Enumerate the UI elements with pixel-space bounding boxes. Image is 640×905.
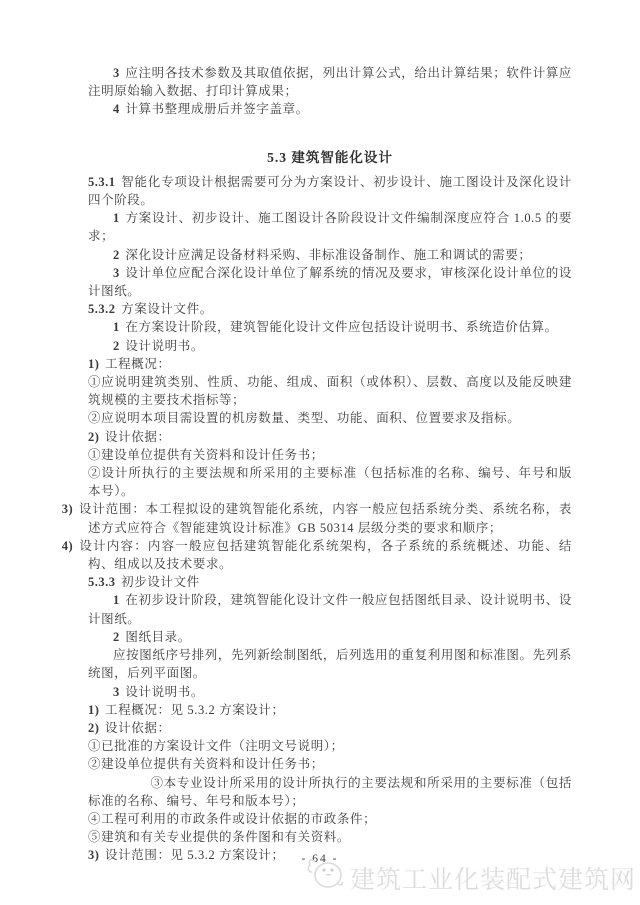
watermark-text: 建筑工业化装配式建筑网 [350,860,636,896]
paragraph: ①建设单位提供有关资料和设计任务书； [88,446,572,464]
paragraph: 1)工程概况： [88,355,572,373]
item-number: 2) [88,430,99,444]
paragraph: 1方案设计、初步设计、施工图设计各阶段设计文件编制深度应符合 1.0.5 的要求… [88,209,572,245]
document-page: 3应注明各技术参数及其取值依据，列出计算公式，给出计算结果；软件计算应注明原始输… [0,0,640,905]
mascot-face-icon [306,856,348,899]
paragraph: 3设计单位应配合深化设计单位了解系统的情况及要求，审核深化设计单位的设计图纸。 [88,264,572,300]
item-number: 2 [113,248,120,262]
paragraph: 5.3.2方案设计文件。 [88,300,572,318]
paragraph: ④工程可利用的市政条件或设计依据的市政条件； [88,810,572,828]
paragraph: 2图纸目录。 [88,628,572,646]
document-content: 3应注明各技术参数及其取值依据，列出计算公式，给出计算结果；软件计算应注明原始输… [88,64,572,865]
item-number: 1 [113,320,120,334]
item-number: 4 [113,102,120,116]
paragraph: 2设计说明书。 [88,337,572,355]
paragraph: 3设计说明书。 [88,683,572,701]
watermark: 建筑工业化装配式建筑网 [306,856,636,899]
item-number: 5.3.1 [88,175,116,189]
item-number: 1) [88,357,99,371]
paragraph: ②设计所执行的主要法规和所采用的主要标准（包括标准的名称、编号、年号和版本号）。 [88,464,572,500]
paragraph: 4)设计内容：内容一般应包括建筑智能化系统架构，各子系统的系统概述、功能、结构、… [88,537,572,573]
paragraph: ③本专业设计所采用的设计所执行的主要法规和所采用的主要标准（包括标准的名称、编号… [88,774,572,810]
item-number: 3 [113,66,120,80]
item-number: 2 [113,630,120,644]
paragraph: 5.3.3初步设计文件 [88,573,572,591]
paragraph: 1)工程概况：见 5.3.2 方案设计； [88,701,572,719]
body-paragraphs: 5.3.1智能化专项设计根据需要可分为方案设计、初步设计、施工图设计及深化设计四… [88,173,572,865]
item-number: 1 [113,593,120,607]
paragraph: 2深化设计应满足设备材料采购、非标准设备制作、施工和调试的需要； [88,246,572,264]
paragraph: 1在初步设计阶段，建筑智能化设计文件一般应包括图纸目录、设计说明书、设计图纸。 [88,591,572,627]
paragraph: ②应说明本项目需设置的机房数量、类型、功能、面积、位置要求及指标。 [88,409,572,427]
paragraph: 应按图纸序号排列，先列新绘制图纸，后列选用的重复利用图和标准图。先列系统图，后列… [88,646,572,682]
paragraph: 2)设计依据： [88,428,572,446]
item-number: 2 [113,339,120,353]
paragraph: ①应说明建筑类别、性质、功能、组成、面积（或体积）、层数、高度以及能反映建筑规模… [88,373,572,409]
item-number: 5.3.2 [88,302,116,316]
paragraph: ⑤建筑和有关专业提供的条件图和有关资料。 [88,828,572,846]
paragraph: 3应注明各技术参数及其取值依据，列出计算公式，给出计算结果；软件计算应注明原始输… [88,64,572,100]
item-number: 3 [113,266,120,280]
paragraph: 4计算书整理成册后并签字盖章。 [88,100,572,118]
item-number: 4) [62,539,73,553]
item-number: 2) [88,721,99,735]
intro-paragraphs: 3应注明各技术参数及其取值依据，列出计算公式，给出计算结果；软件计算应注明原始输… [88,64,572,119]
paragraph: ①已批准的方案设计文件（注明文号说明）； [88,737,572,755]
paragraph: 5.3.1智能化专项设计根据需要可分为方案设计、初步设计、施工图设计及深化设计四… [88,173,572,209]
paragraph: 3)设计范围：本工程拟设的建筑智能化系统，内容一般应包括系统分类、系统名称，表述… [88,500,572,536]
section-heading: 5.3 建筑智能化设计 [88,149,572,167]
paragraph: 2)设计依据： [88,719,572,737]
item-number: 3 [113,685,120,699]
item-number: 3) [62,502,73,516]
paragraph: 1在方案设计阶段，建筑智能化设计文件应包括设计说明书、系统造价估算。 [88,318,572,336]
paragraph: ②建设单位提供有关资料和设计任务书； [88,755,572,773]
item-number: 5.3.3 [88,575,116,589]
item-number: 1 [113,211,120,225]
item-number: 1) [88,703,99,717]
